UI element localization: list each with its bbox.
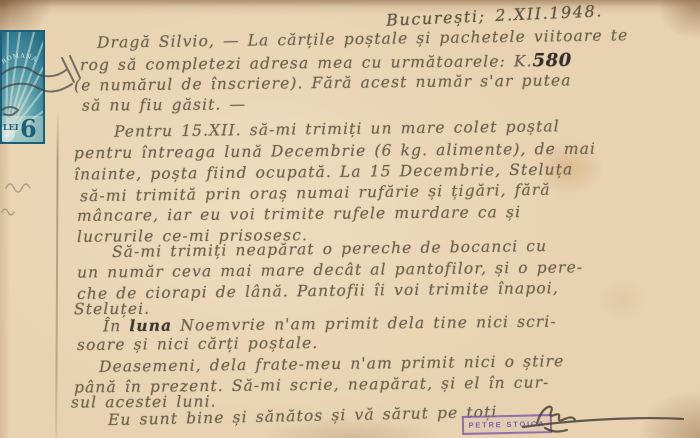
letter-line-17: Deasemeni, dela frate-meu n'am primit ni… — [99, 352, 565, 376]
letter-line-6: pentru întreaga lună Decembrie (6 kg. al… — [74, 140, 596, 163]
letter-line-8: să-mi trimită prin oraș numai rufărie și… — [80, 181, 551, 206]
emphasized-number: 580 — [533, 50, 572, 71]
stamp-currency-label: LEI — [3, 122, 19, 132]
letter-line-5: Pentru 15.XII. să-mi trimiți un mare col… — [114, 117, 560, 140]
signature-icon — [515, 396, 690, 436]
letter-line-1: Dragă Silvio, — La cărțile poștale și pa… — [97, 26, 629, 51]
overwritten-word: luna — [129, 316, 172, 335]
letter-line-7: înainte, poșta fiind ocupată. La 15 Dece… — [74, 160, 574, 183]
line-text: soare și nici cărți poștale. — [77, 334, 319, 354]
line-text: pentru întreaga lună Decembrie (6 kg. al… — [74, 140, 596, 163]
letter-line-9: mâncare, iar eu voi trimite rufele murda… — [77, 203, 521, 225]
line-text: În — [103, 317, 130, 335]
line-text: mâncare, iar eu voi trimite rufele murda… — [77, 203, 521, 225]
postcard-scan: ROMANA LEI 6 București; 2.XII.1948. Drag… — [0, 0, 700, 438]
line-text: rog să completezi adresa mea cu următoar… — [80, 52, 533, 74]
letter-line-12: un număr ceva mai mare decât al pantofil… — [77, 258, 583, 281]
line-text: Noemvrie n'am primit dela tine nici scri… — [172, 313, 557, 335]
line-text: (e numărul de înscriere). Fără acest num… — [74, 71, 572, 94]
line-text: să-mi trimită prin oraș numai rufărie și… — [80, 181, 551, 206]
letter-date: București; 2.XII.1948. — [386, 1, 604, 29]
line-text: Deasemeni, dela frate-meu n'am primit ni… — [99, 352, 565, 376]
line-text: să nu fiu găsit. — — [82, 95, 246, 114]
line-text: Dragă Silvio, — La cărțile poștale și pa… — [97, 26, 629, 51]
line-text: înainte, poșta fiind ocupată. La 15 Dece… — [74, 160, 574, 183]
paper-crease — [55, 110, 58, 438]
line-text: un număr ceva mai mare decât al pantofil… — [77, 258, 583, 281]
letter-line-16: soare și nici cărți poștale. — [77, 334, 319, 354]
letter-line-15: În luna Noemvrie n'am primit dela tine n… — [103, 312, 557, 336]
line-text: Pentru 15.XII. să-mi trimiți un mare col… — [114, 117, 560, 140]
letter-line-3: (e numărul de înscriere). Fără acest num… — [74, 71, 572, 94]
letter-line-4: să nu fiu găsit. — — [82, 95, 246, 114]
